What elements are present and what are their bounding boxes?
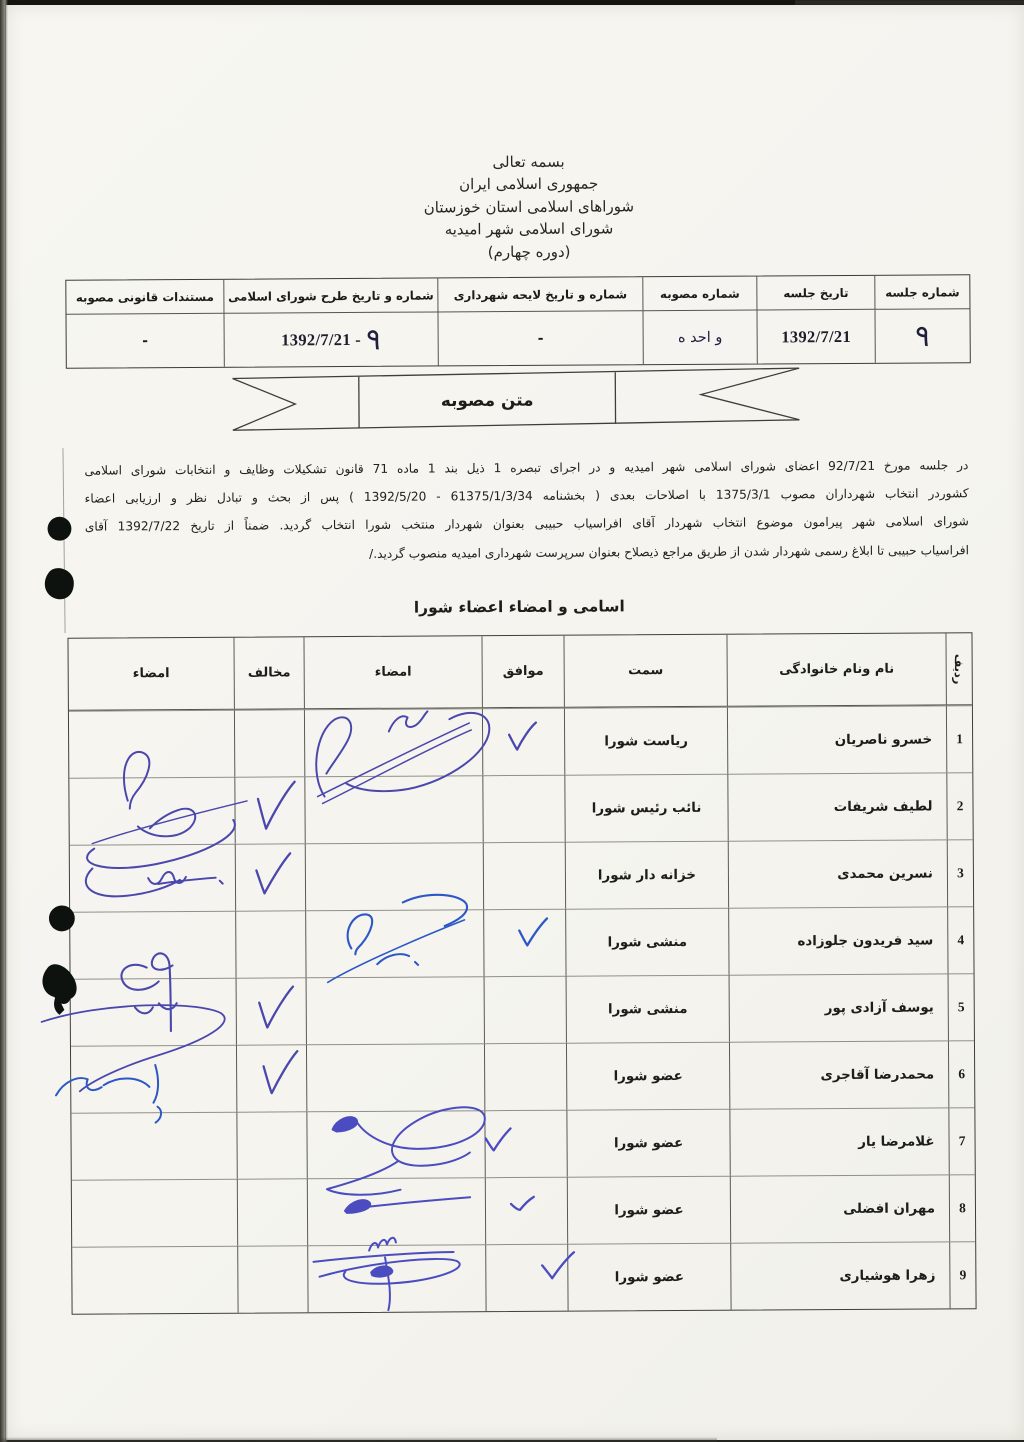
signature-cell [307,1177,485,1245]
member-name: سید فریدون جلوزاده [728,906,947,974]
signature-cell [71,1045,236,1113]
meta-value-plan: ٩ 1392/7/21 - [223,312,437,366]
col-header-signature-agree: امضاء [303,636,481,709]
oppose-cell [234,776,304,843]
signature-cell [70,844,235,912]
rotated-radif-label: ردیف [952,653,967,684]
paper-sheet: بسمه تعالی جمهوری اسلامی ایران شوراهای ا… [6,5,1024,1440]
member-number: 9 [949,1241,975,1308]
agree-cell [482,775,564,842]
member-number: 3 [947,839,973,906]
scanned-council-document: { "colors": { "paper": "#f6f5f0", "ink_v… [0,0,1024,1442]
signature-cell [70,911,235,979]
member-name: یوسف آزادی پور [729,973,948,1041]
member-number: 2 [946,772,972,839]
meta-header-legal-docs: مستندات قانونی مصوبه [66,280,223,315]
letterhead: بسمه تعالی جمهوری اسلامی ایران شوراهای ا… [37,148,1022,266]
signature-cell [69,777,234,845]
agree-cell [483,842,565,909]
member-row: 1 خسرو ناصریان ریاست شورا [69,705,972,778]
member-number: 8 [949,1174,975,1241]
signature-cell [304,708,482,776]
member-number: 4 [947,906,973,973]
meta-value-bill: - [437,311,642,365]
meta-value-session-no: ٩ [874,309,969,363]
oppose-cell [235,843,305,910]
member-name: لطیف شریفات [727,772,946,840]
member-role: نائب رئیس شورا [564,774,727,842]
meta-value-resolution-no: و احد ه [642,311,756,365]
meta-value-session-date: 1392/7/21 [756,310,874,364]
agree-cell [483,909,565,976]
member-row: 6 محمدرضا آقاجری عضو شورا [71,1040,974,1113]
oppose-cell [235,910,305,977]
member-role: عضو شورا [566,1042,729,1110]
scan-edge-left [0,0,8,1442]
col-header-position: سمت [563,635,726,708]
col-header-oppose: مخالف [233,637,303,709]
signature-cell [306,976,484,1044]
member-role: منشی شورا [565,908,728,976]
member-name: زهرا هوشیاری [730,1241,949,1309]
members-signatures-heading: اسامی و امضاء اعضاء شورا [15,595,1023,619]
letterhead-term: (دوره چهارم) [37,238,1021,266]
member-row: 7 غلامرضا یار عضو شورا [71,1107,974,1180]
banner-title: متن مصوبه [441,390,534,412]
resolution-meta-table: شماره جلسه تاریخ جلسه شماره مصوبه شماره … [65,274,971,369]
meta-header-resolution-no: شماره مصوبه [642,277,756,312]
member-row: 3 نسرین محمدی خزانه دار شورا [70,839,973,912]
signature-cell [305,842,483,910]
member-row: 9 زهرا هوشیاری عضو شورا [72,1241,975,1314]
handwritten-resolution-number: و احد ه [678,329,723,345]
meta-value-legal-docs: - [67,314,224,368]
meta-table-header-row: شماره جلسه تاریخ جلسه شماره مصوبه شماره … [66,275,969,315]
signature-cell [69,710,234,778]
members-table-header: ردیف نام ونام خانوادگی سمت موافق امضاء م… [68,633,971,711]
agree-cell [484,1043,566,1110]
signature-cell [71,978,236,1046]
meta-table-values-row: ٩ 1392/7/21 و احد ه - ٩ 1392/7/21 - - [67,309,970,368]
agree-cell [482,708,564,775]
signature-cell [305,909,483,977]
member-name: مهران افضلی [730,1174,949,1242]
col-header-signature-oppose: امضاء [68,638,233,711]
agree-cell [484,1110,566,1177]
resolution-text-block: در جلسه مورخ 92/7/21 اعضای شورای اسلامی … [84,451,969,569]
oppose-cell [236,1111,306,1178]
scan-edge-bottom [0,1437,717,1442]
signature-cell [306,1043,484,1111]
member-number: 5 [948,973,974,1040]
plan-date-value: 1392/7/21 - [281,329,361,349]
scan-tilt-wrapper: بسمه تعالی جمهوری اسلامی ایران شوراهای ا… [2,2,1024,1442]
signature-cell [71,1112,236,1180]
member-number: 6 [948,1040,974,1107]
handwritten-session-number: ٩ [913,321,932,352]
meta-header-plan-no-date: شماره و تاریخ طرح شورای اسلامی [223,278,437,313]
oppose-cell [234,709,304,776]
member-row: 4 سید فریدون جلوزاده منشی شورا [70,906,973,979]
member-number: 7 [948,1107,974,1174]
oppose-cell [237,1245,307,1312]
agree-cell [485,1177,567,1244]
member-role: عضو شورا [567,1243,730,1311]
signature-cell [72,1246,237,1314]
handwritten-plan-number: ٩ [364,324,383,355]
oppose-cell [236,977,306,1044]
member-number: 1 [946,705,972,772]
col-header-agree: موافق [481,636,563,708]
session-date-value: 1392/7/21 [781,326,851,346]
signature-cell [304,775,482,843]
member-name: محمدرضا آقاجری [729,1040,948,1108]
oppose-cell [236,1044,306,1111]
meta-header-session-no: شماره جلسه [874,275,969,310]
member-name: نسرین محمدی [728,839,947,907]
col-header-name: نام ونام خانوادگی [726,633,945,706]
member-name: خسرو ناصریان [727,705,946,773]
member-role: خزانه دار شورا [565,841,728,909]
signature-cell [307,1244,485,1312]
meta-header-bill-no-date: شماره و تاریخ لایحه شهرداری [437,277,642,312]
member-role: عضو شورا [567,1176,730,1244]
col-header-row-number: ردیف [945,633,971,705]
oppose-cell [237,1178,307,1245]
signature-cell [306,1110,484,1178]
member-role: منشی شورا [566,975,729,1043]
members-table: ردیف نام ونام خانوادگی سمت موافق امضاء م… [67,632,976,1315]
member-row: 8 مهران افضلی عضو شورا [72,1174,975,1247]
member-role: ریاست شورا [564,707,727,775]
scan-edge-top-thin [795,1,1024,4]
member-name: غلامرضا یار [729,1107,948,1175]
member-role: عضو شورا [566,1109,729,1177]
member-row: 5 یوسف آزادی پور منشی شورا [71,973,974,1046]
resolution-line: افراسیاب حبیبی تا ابلاغ رسمی شهردار شدن … [85,536,969,570]
member-row: 2 لطیف شریفات نائب رئیس شورا [69,772,972,845]
scan-edge-top [0,0,795,5]
signature-cell [72,1179,237,1247]
agree-cell [484,976,566,1043]
agree-cell [485,1244,567,1311]
ribbon-banner [232,368,799,430]
meta-header-session-date: تاریخ جلسه [756,276,874,311]
